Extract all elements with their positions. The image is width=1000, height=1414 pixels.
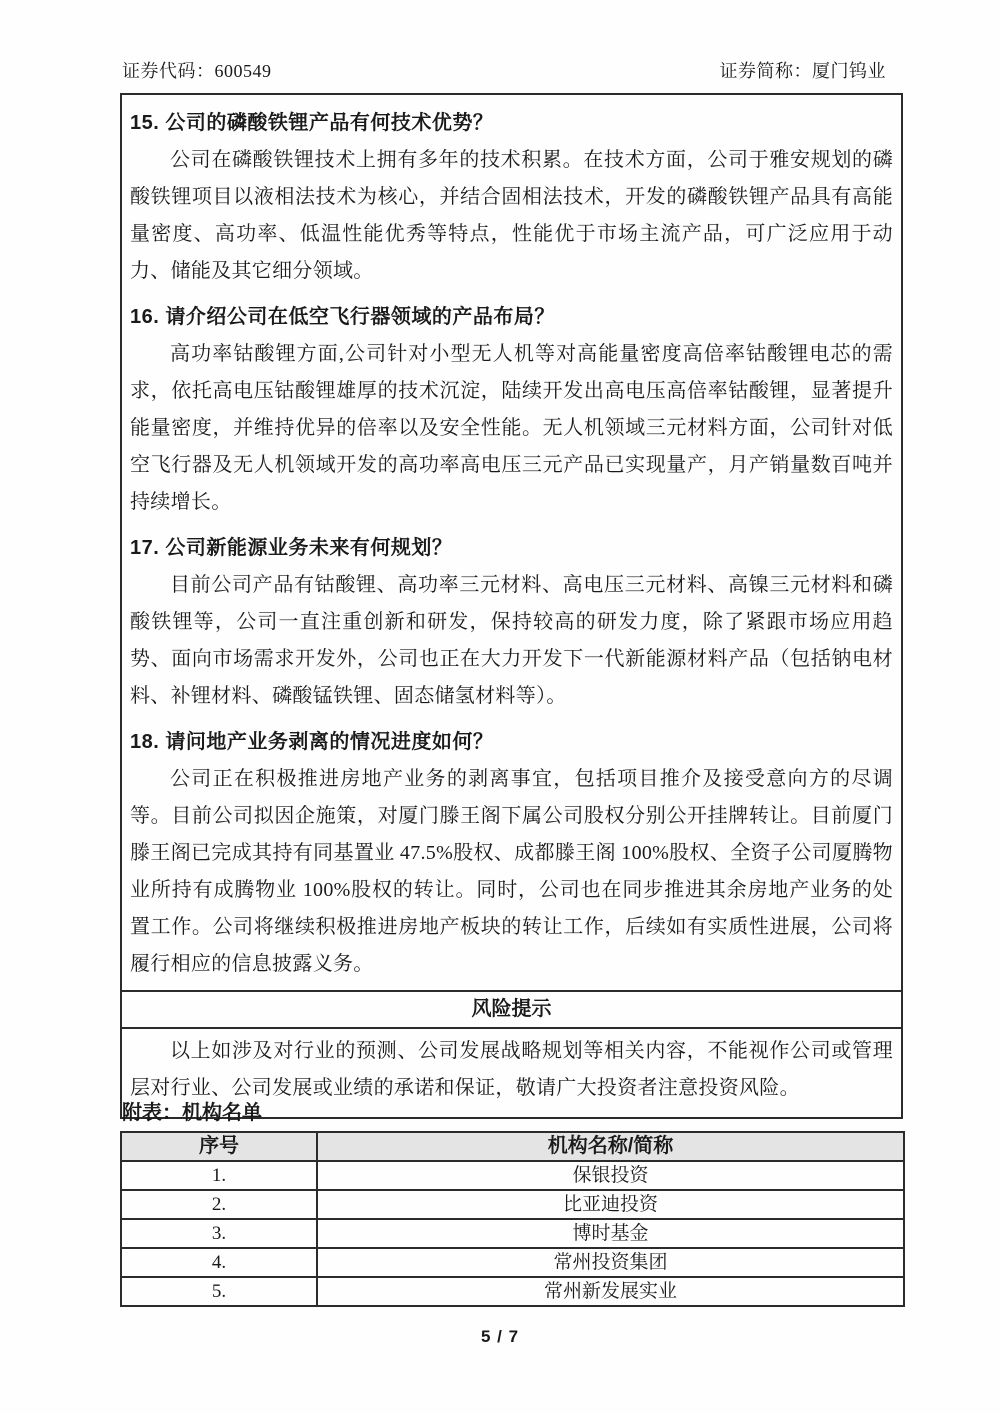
document-page: 证券代码：600549 证券简称：厦门钨业 15. 公司的磷酸铁锂产品有何技术优… [0,0,1000,1414]
row-index-cell: 5. [121,1277,317,1306]
question-title: 15. 公司的磷酸铁锂产品有何技术优势？ [130,105,893,142]
row-index-cell: 1. [121,1161,317,1190]
row-index-cell: 4. [121,1248,317,1277]
page-number: 5 / 7 [0,1327,1000,1347]
institution-name-cell: 比亚迪投资 [317,1190,904,1219]
institution-name-cell: 常州新发展实业 [317,1277,904,1306]
qa-section-16: 16. 请介绍公司在低空飞行器领域的产品布局？ 高功率钴酸锂方面,公司针对小型无… [130,299,893,521]
question-title: 16. 请介绍公司在低空飞行器领域的产品布局？ [130,299,893,336]
question-answer: 目前公司产品有钴酸锂、高功率三元材料、高电压三元材料、高镍三元材料和磷酸铁锂等，… [130,567,893,715]
stock-name-label: 证券简称：厦门钨业 [720,57,887,83]
question-title: 18. 请问地产业务剥离的情况进度如何？ [130,724,893,761]
institution-name-cell: 常州投资集团 [317,1248,904,1277]
column-header-name: 机构名称/简称 [317,1132,904,1161]
row-index-cell: 3. [121,1219,317,1248]
table-row: 5. 常州新发展实业 [121,1277,904,1306]
appendix-label: 附表：机构名单 [122,1096,262,1125]
row-index-cell: 2. [121,1190,317,1219]
table-row: 3. 博时基金 [121,1219,904,1248]
table-header-row: 序号 机构名称/简称 [121,1132,904,1161]
qa-content-box: 15. 公司的磷酸铁锂产品有何技术优势？ 公司在磷酸铁锂技术上拥有多年的技术积累… [120,93,903,1119]
column-header-index: 序号 [121,1132,317,1161]
risk-notice-title: 风险提示 [122,990,901,1027]
question-answer: 公司正在积极推进房地产业务的剥离事宜，包括项目推介及接受意向方的尽调等。目前公司… [130,761,893,983]
qa-section-18: 18. 请问地产业务剥离的情况进度如何？ 公司正在积极推进房地产业务的剥离事宜，… [130,724,893,983]
qa-section-17: 17. 公司新能源业务未来有何规划？ 目前公司产品有钴酸锂、高功率三元材料、高电… [130,530,893,715]
table-row: 4. 常州投资集团 [121,1248,904,1277]
question-answer: 高功率钴酸锂方面,公司针对小型无人机等对高能量密度高倍率钴酸锂电芯的需求，依托高… [130,336,893,521]
institution-table: 序号 机构名称/简称 1. 保银投资 2. 比亚迪投资 3. 博时基金 4. 常… [120,1131,905,1307]
question-title: 17. 公司新能源业务未来有何规划？ [130,530,893,567]
table-row: 2. 比亚迪投资 [121,1190,904,1219]
question-answer: 公司在磷酸铁锂技术上拥有多年的技术积累。在技术方面，公司于雅安规划的磷酸铁锂项目… [130,142,893,290]
institution-name-cell: 博时基金 [317,1219,904,1248]
table-row: 1. 保银投资 [121,1161,904,1190]
qa-section-15: 15. 公司的磷酸铁锂产品有何技术优势？ 公司在磷酸铁锂技术上拥有多年的技术积累… [130,105,893,290]
stock-code-label: 证券代码：600549 [122,57,272,83]
qa-sections: 15. 公司的磷酸铁锂产品有何技术优势？ 公司在磷酸铁锂技术上拥有多年的技术积累… [122,95,901,990]
document-header: 证券代码：600549 证券简称：厦门钨业 [122,57,886,83]
institution-name-cell: 保银投资 [317,1161,904,1190]
